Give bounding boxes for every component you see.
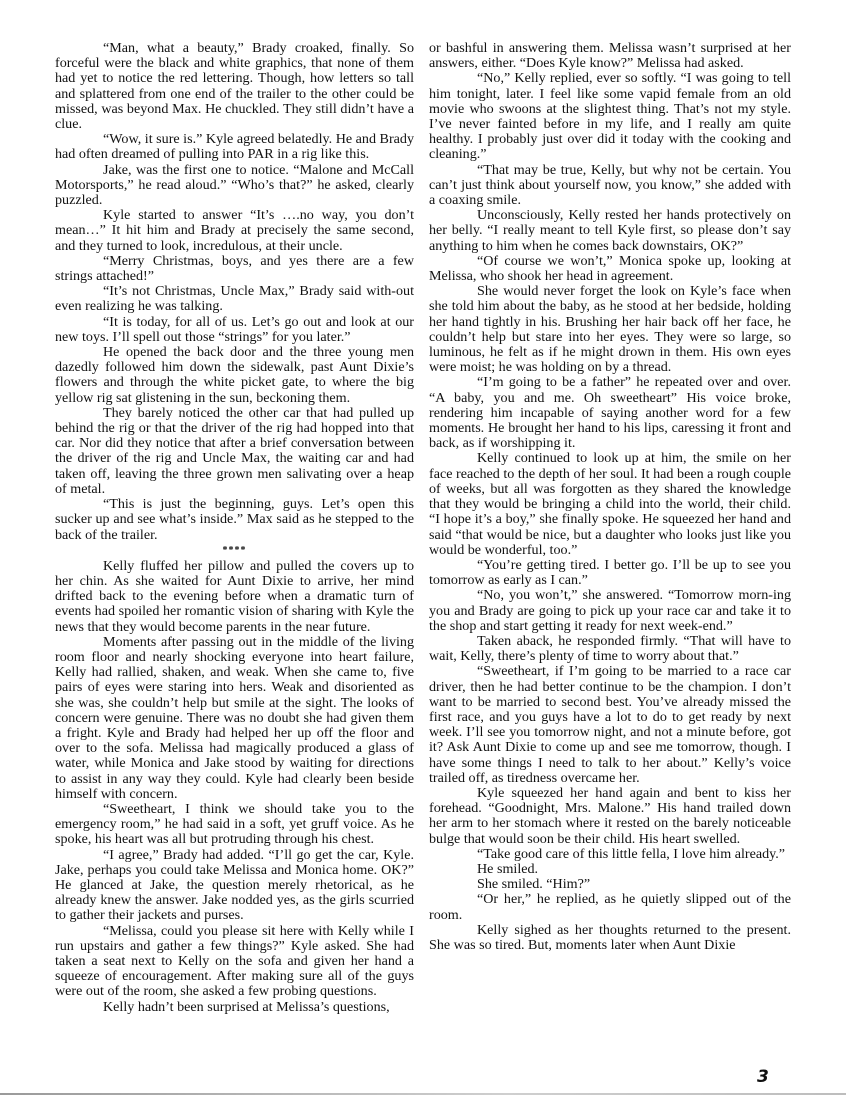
paragraph: “This is just the beginning, guys. Let’s… <box>55 497 414 543</box>
paragraph: Taken aback, he responded firmly. “That … <box>429 634 791 664</box>
paragraph: She smiled. “Him?” <box>429 877 791 892</box>
paragraph: “Melissa, could you please sit here with… <box>55 924 414 1000</box>
paragraph: “It is today, for all of us. Let’s go ou… <box>55 315 414 345</box>
right-column: or bashful in answering them. Melissa wa… <box>429 41 791 953</box>
paragraph: “You’re getting tired. I better go. I’ll… <box>429 558 791 588</box>
paragraph: “It’s not Christmas, Uncle Max,” Brady s… <box>55 284 414 314</box>
paragraph: “No,” Kelly replied, ever so softly. “I … <box>429 71 791 162</box>
paragraph: “Take good care of this little fella, I … <box>429 847 791 862</box>
paragraph: Kelly hadn’t been surprised at Melissa’s… <box>55 1000 414 1015</box>
paragraph: Kelly fluffed her pillow and pulled the … <box>55 559 414 635</box>
paragraph: “Sweetheart, if I’m going to be married … <box>429 664 791 786</box>
paragraph: Jake, was the first one to notice. “Malo… <box>55 163 414 209</box>
paragraph: “I agree,” Brady had added. “I’ll go get… <box>55 848 414 924</box>
paragraph: Kelly sighed as her thoughts returned to… <box>429 923 791 953</box>
paragraph: Moments after passing out in the middle … <box>55 635 414 802</box>
paragraph: Kyle squeezed her hand again and bent to… <box>429 786 791 847</box>
paragraph: She would never forget the look on Kyle’… <box>429 284 791 375</box>
section-separator: **** <box>55 544 414 557</box>
paragraph: “Wow, it sure is.” Kyle agreed belatedly… <box>55 132 414 162</box>
paragraph: “Of course we won’t,” Monica spoke up, l… <box>429 254 791 284</box>
paragraph: “Merry Christmas, boys, and yes there ar… <box>55 254 414 284</box>
paragraph: He smiled. <box>429 862 791 877</box>
paragraph: He opened the back door and the three yo… <box>55 345 414 406</box>
paragraph: “I’m going to be a father” he repeated o… <box>429 375 791 451</box>
page-number: 3 <box>757 1067 769 1087</box>
paragraph: “That may be true, Kelly, but why not be… <box>429 163 791 209</box>
paragraph: “No, you won’t,” she answered. “Tomorrow… <box>429 588 791 634</box>
paragraph: Unconsciously, Kelly rested her hands pr… <box>429 208 791 254</box>
paragraph: “Man, what a beauty,” Brady croaked, fin… <box>55 41 414 132</box>
paragraph: “Sweetheart, I think we should take you … <box>55 802 414 848</box>
paragraph: Kyle started to answer “It’s ….no way, y… <box>55 208 414 254</box>
left-column: “Man, what a beauty,” Brady croaked, fin… <box>55 41 414 1015</box>
paragraph: They barely noticed the other car that h… <box>55 406 414 497</box>
paragraph: Kelly continued to look up at him, the s… <box>429 451 791 557</box>
paragraph: “Or her,” he replied, as he quietly slip… <box>429 892 791 922</box>
paragraph-continuation: or bashful in answering them. Melissa wa… <box>429 41 791 71</box>
bottom-rule-divider <box>0 1093 846 1095</box>
document-page: “Man, what a beauty,” Brady croaked, fin… <box>0 0 850 1100</box>
